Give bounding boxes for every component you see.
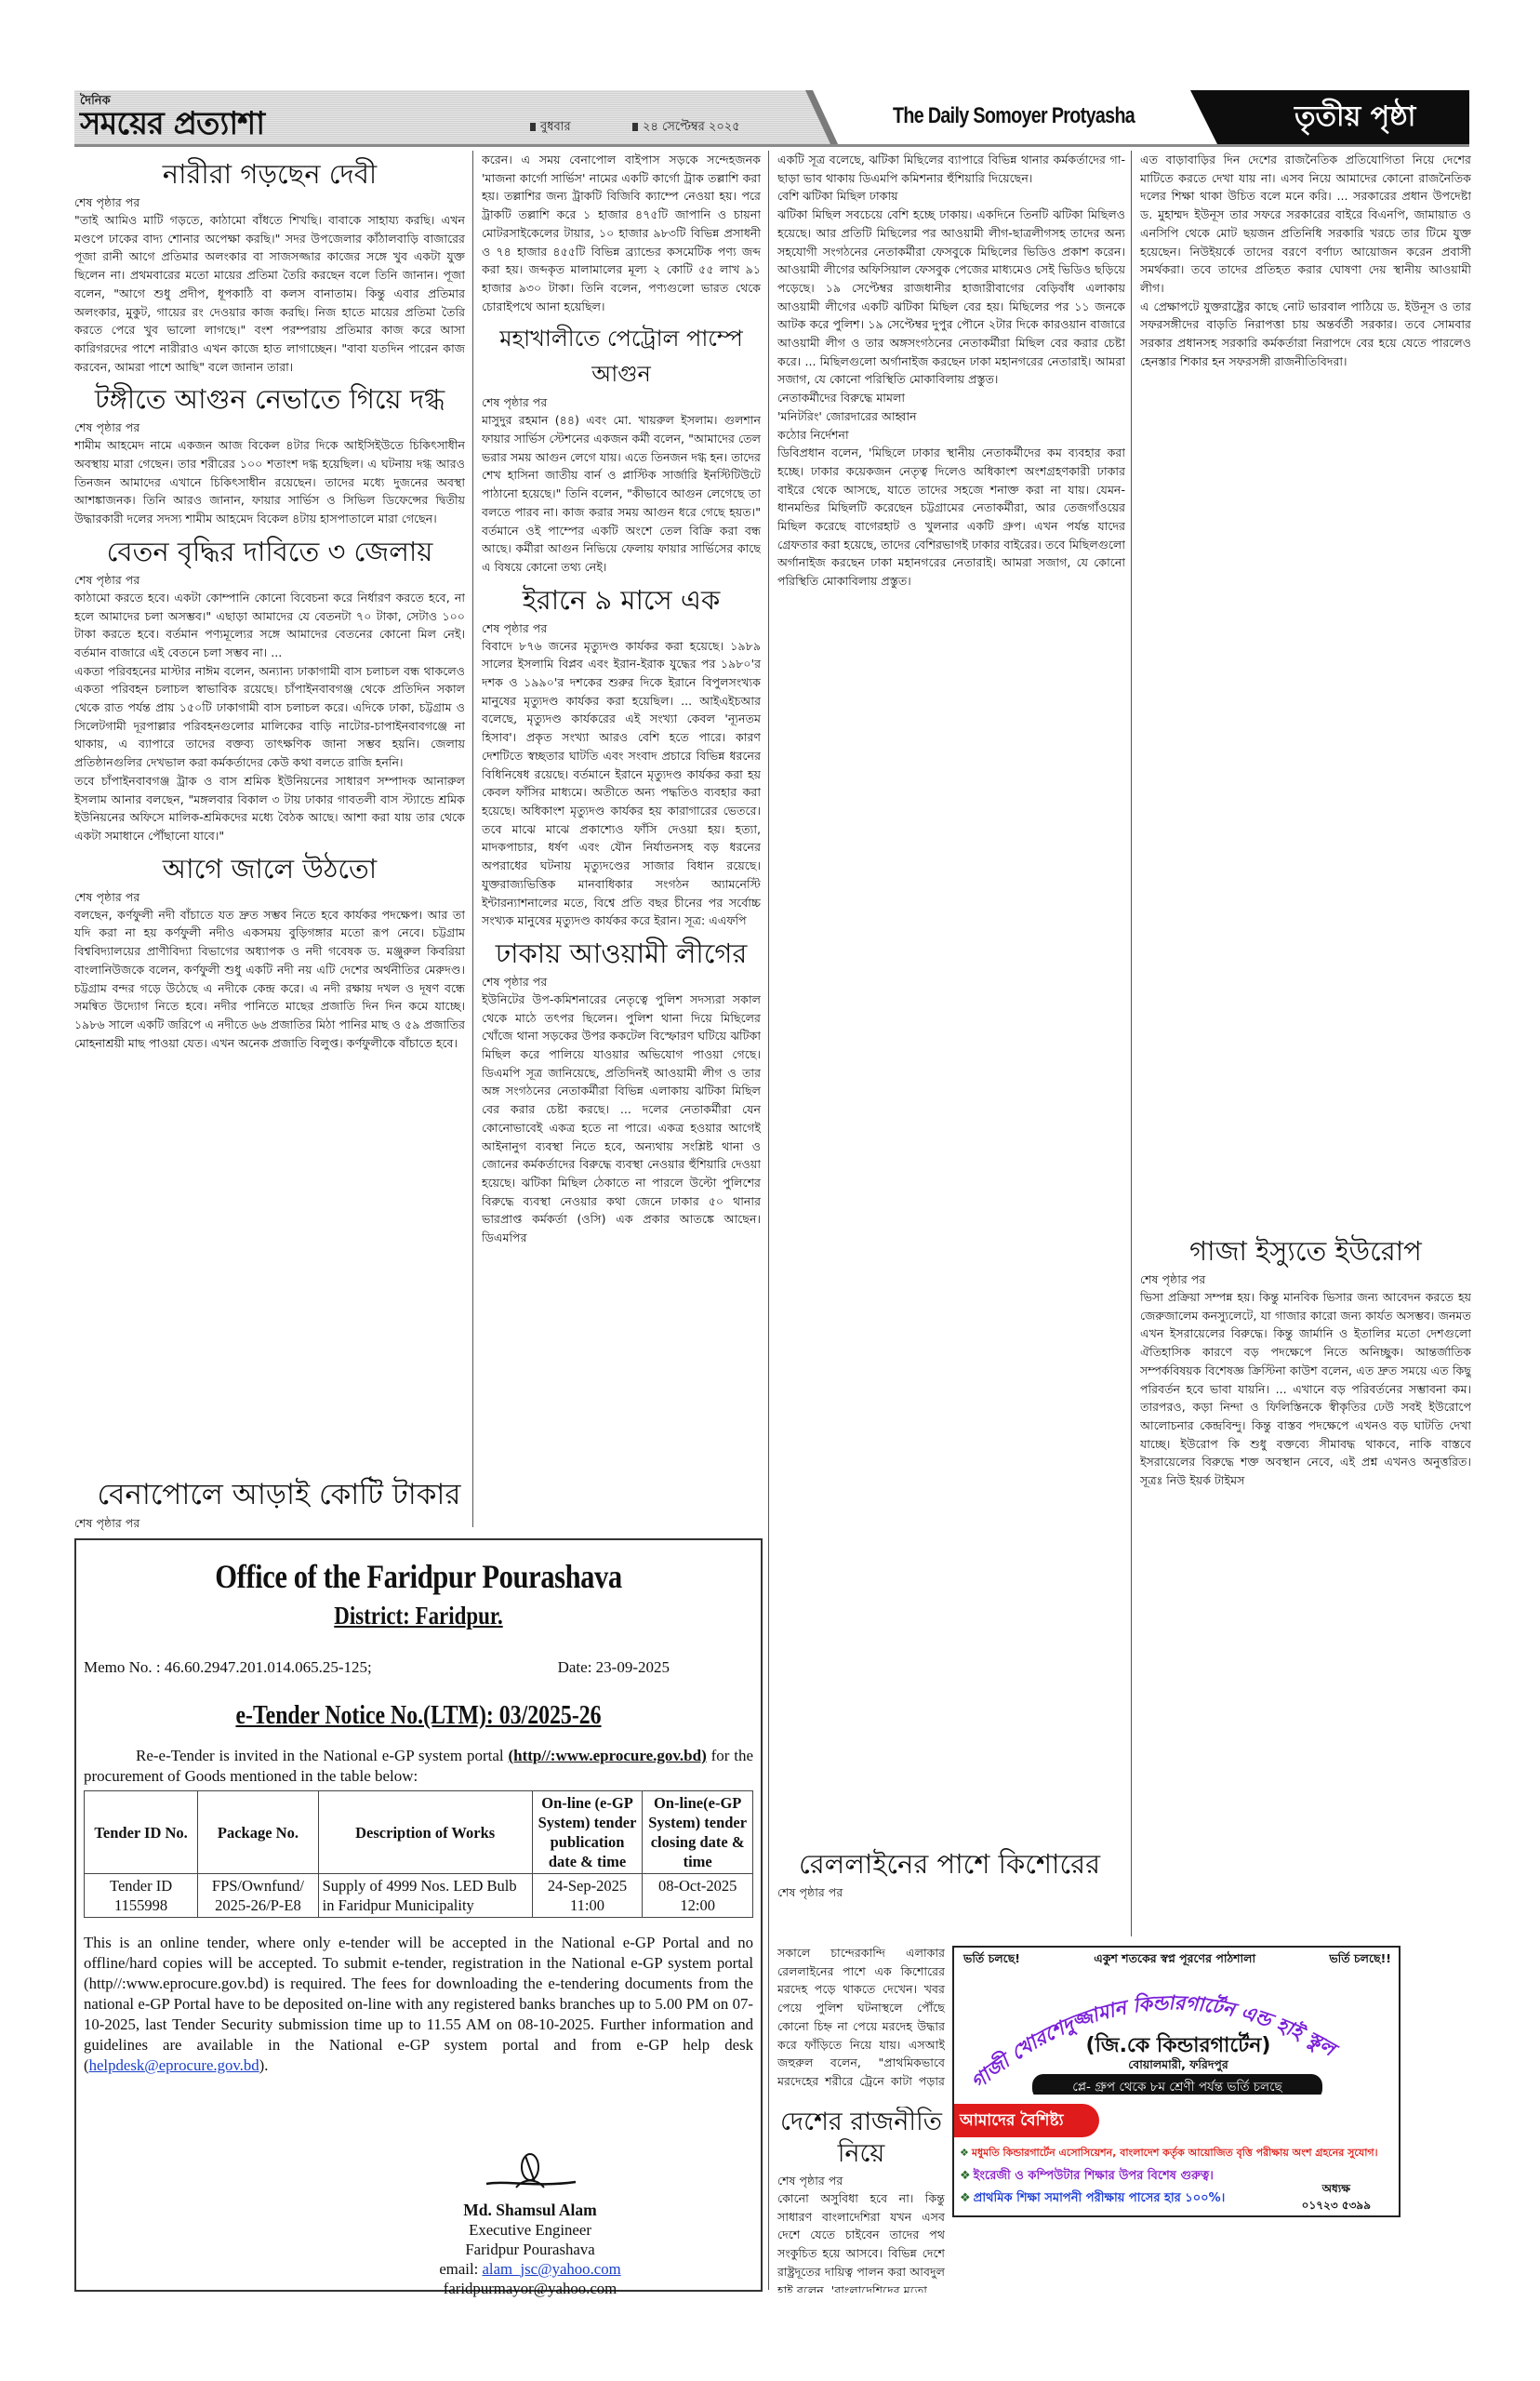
rajniti-block: দেশের রাজনীতি নিয়ে শেষ পৃষ্ঠার পর কোনো … [777,2107,945,2293]
continued-label: শেষ পৃষ্ঠার পর [74,193,465,211]
ad-principal-contact: অধ্যক্ষ ০১৭২৩ ৫৩৯৯ [1302,2180,1371,2214]
article-body-rajniti: কোনো অসুবিধা হবে না। কিন্তু সাধারণ বাংলা… [777,2189,945,2293]
continued-label: শেষ পৃষ্ঠার পর [482,393,761,411]
headline-awami: ঢাকায় আওয়ামী লীগের [482,936,761,971]
subhead-case: নেতাকর্মীদের বিরুদ্ধে মামলা [777,389,1125,407]
column-divider [768,151,769,2290]
subhead-monitoring: 'মনিটরিং' জোরদারের আহ্বান [777,407,1125,426]
headline-rail: রেললাইনের পাশে কিশোরের [777,1846,1122,1882]
ad-principal-label: অধ্যক্ষ [1302,2180,1371,2197]
table-row: Tender ID 1155998 FPS/Ownfund/ 2025-26/P… [85,1874,753,1918]
diamond-bullet-icon: ❖ [960,2147,969,2159]
tender-date: Date: 23-09-2025 [558,1658,670,1677]
subhead-strict-directive: কঠোর নির্দেশনা [777,426,1125,445]
tender-signature-block: Md. Shamsul Alam Executive Engineer Fari… [76,2150,761,2298]
cell-description: Supply of 4999 Nos. LED Bulb in Faridpur… [318,1874,532,1918]
rail-block-body: সকালে চান্দেরকান্দি এলাকার রেললাইনের পাশ… [777,1944,945,2093]
paper-name-logo: সময়ের প্রত্যাশা [80,105,264,142]
continued-label: শেষ পৃষ্ঠার পর [74,419,465,436]
tender-notice-title: e-Tender Notice No.(LTM): 03/2025-26 [134,1701,703,1731]
headline-gaza: গাজা ইস্যুতে ইউরোপ [1140,1233,1471,1269]
cell-tender-id: Tender ID 1155998 [85,1874,198,1918]
cell-package-no: FPS/Ownfund/ 2025-26/P-E8 [198,1874,318,1918]
headline-tongi: টঙ্গীতে আগুন নেভাতে গিয়ে দগ্ধ [74,381,465,417]
tender-table-header: Tender ID No. Package No. Description of… [85,1791,753,1874]
headline-beton: বেতন বৃদ্ধির দাবিতে ৩ জেলায় [74,534,465,569]
ad-phone: ০১৭২৩ ৫৩৯৯ [1302,2197,1371,2214]
bullet-square-icon [530,123,536,131]
article-body-rail: সকালে চান্দেরকান্দি এলাকার রেললাইনের পাশ… [777,1944,945,2093]
continued-label: শেষ পৃষ্ঠার পর [74,571,465,589]
signatory-email-2: faridpurmayor@yahoo.com [299,2279,761,2298]
col-description: Description of Works [318,1791,532,1874]
eprocure-link[interactable]: (http//:www.eprocure.gov.bd) [508,1747,706,1764]
ad-feature-item: ❖প্রাথমিক শিক্ষা সমাপনী পরীক্ষায় পাসের … [960,2189,1225,2209]
article-body-gaza: ভিসা প্রক্রিয়া সম্পন্ন হয়। কিন্তু মানব… [1140,1288,1471,1490]
tender-table: Tender ID No. Package No. Description of… [84,1790,753,1918]
subhead-jhotika-dhaka: বেশি ঝটিকা মিছিল ঢাকায় [777,187,1125,206]
tender-body: This is an online tender, where only e-t… [84,1933,753,2076]
headline-benapole: বেনাপোলে আড়াই কোটি টাকার [74,1477,484,1512]
col-package-no: Package No. [198,1791,318,1874]
tender-intro: Re-e-Tender is invited in the National e… [84,1746,753,1787]
column-divider [1131,151,1132,1936]
article-body-benapole-cont: করেন। এ সময় বেনাপোল বাইপাস সড়কে সন্দেহ… [482,151,761,315]
article-body-awami: ইউনিটের উপ-কমিশনারের নেতৃত্বে পুলিশ সদস্… [482,991,761,1247]
article-body-tongi: শামীম আহমেদ নামে একজন আজ বিকেল ৪টার দিকে… [74,436,465,528]
gaza-block: গাজা ইস্যুতে ইউরোপ শেষ পৃষ্ঠার পর ভিসা প… [1140,1228,1471,1935]
headline-rajniti: দেশের রাজনীতি নিয়ে [777,2107,945,2170]
tender-office-title: Office of the Faridpur Pourashava [134,1557,703,1596]
tender-memo-row: Memo No. : 46.60.2947.201.014.065.25-125… [84,1658,753,1677]
tender-memo-no: Memo No. : 46.60.2947.201.014.065.25-125… [84,1658,372,1677]
continued-label: শেষ পৃষ্ঠার পর [74,888,465,906]
continued-label: শেষ পৃষ্ঠার পর [777,1883,1122,1901]
ad-location: বোয়ালমারী, ফরিদপুর [954,2057,1401,2076]
column-right: এত বাড়াবাড়ির দিন দেশের রাজনৈতিক প্রতিয… [1140,151,1471,1225]
continued-label: শেষ পৃষ্ঠার পর [777,2172,945,2189]
diamond-bullet-icon: ❖ [960,2169,971,2183]
signatory-title: Executive Engineer [299,2220,761,2240]
continued-label: শেষ পৃষ্ঠার পর [1140,1270,1471,1288]
helpdesk-email-link[interactable]: helpdesk@eprocure.gov.bd [89,2056,259,2074]
column-middle-left: করেন। এ সময় বেনাপোল বাইপাস সড়কে সন্দেহ… [482,151,761,1527]
article-body-mohakhali: মাসুদুর রহমান (৪৪) এবং মো. খায়রুল ইসলাম… [482,411,761,576]
ad-feature-item: ❖ইংরেজী ও কম্পিউটার শিক্ষার উপর বিশেষ গু… [960,2167,1214,2187]
issue-date: ২৪ সেপ্টেম্বর ২০২৫ [632,118,740,138]
diamond-bullet-icon: ❖ [960,2191,971,2205]
article-body-politics: এত বাড়াবাড়ির দিন দেশের রাজনৈতিক প্রতিয… [1140,151,1471,370]
signatory-org: Faridpur Pourashava [299,2240,761,2259]
col-closing-date: On-line(e-GP System) tender closing date… [643,1791,753,1874]
signature-icon [479,2150,581,2195]
page-label: তৃতীয় পৃষ্ঠা [1190,90,1469,146]
headline-iran: ইরানে ৯ মাসে এক [482,582,761,618]
kindergarten-ad: ভর্তি চলছে! একুশ শতকের স্বপ্ন পূরণের পাঠ… [952,1946,1401,2096]
masthead-rule [74,144,1469,147]
ad-features-title: আমাদের বৈশিষ্ট্য [954,2104,1099,2137]
headline-mohakhali: মহাখালীতে পেট্রোল পাম্পে আগুন [482,321,761,392]
signatory-email-link[interactable]: alam_jsc@yahoo.com [482,2260,620,2278]
ad-feature-item: ❖মধুমতি কিন্ডারগার্টেন এসোসিয়েশন, বাংলা… [960,2145,1378,2162]
article-body-jhotika: একটি সূত্র বলেছে, ঝটিকা মিছিলের ব্যাপারে… [777,151,1125,187]
tender-district: District: Faridpur. [134,1602,703,1630]
col-tender-id: Tender ID No. [85,1791,198,1874]
rail-block-top: রেললাইনের পাশে কিশোরের শেষ পৃষ্ঠার পর [777,1846,1122,1939]
headline-nari: নারীরা গড়ছেন দেবী [74,156,465,192]
weekday: বুধবার [530,118,571,138]
cell-publication-date: 24-Sep-2025 11:00 [532,1874,643,1918]
signatory-email-row: email: alam_jsc@yahoo.com [299,2259,761,2279]
article-body-iran: বিবাদে ৮৭৬ জনের মৃত্যুদণ্ড কার্যকর করা হ… [482,637,761,930]
col-publication-date: On-line (e-GP System) tender publication… [532,1791,643,1874]
kindergarten-ad-features: আমাদের বৈশিষ্ট্য ❖মধুমতি কিন্ডারগার্টেন … [952,2095,1401,2217]
continued-label: শেষ পৃষ্ঠার পর [482,973,761,991]
headline-age: আগে জালে উঠতো [74,851,465,886]
ad-classes-banner: প্লে- গ্রুপ থেকে ৮ম শ্রেণী পর্যন্ত ভর্তি… [1032,2074,1322,2096]
column-middle-right: একটি সূত্র বলেছে, ঝটিকা মিছিলের ব্যাপারে… [777,151,1125,1843]
column-divider [472,151,473,1527]
article-quote-db-chief: ডিবিপ্রধান বলেন, 'মিছিলে ঢাকার স্থানীয় … [777,444,1125,591]
column-left: নারীরা গড়ছেন দেবী শেষ পৃষ্ঠার পর "তাই আ… [74,151,465,1462]
article-body-age: বলছেন, কর্ণফুলী নদী বাঁচাতে যত দ্রুত সম্… [74,906,465,1053]
article-body-beton: কাঠামো করতে হবে। একটা কোম্পানি কোনো বিবে… [74,589,465,845]
cell-closing-date: 08-Oct-2025 12:00 [643,1874,753,1918]
signatory-name: Md. Shamsul Alam [299,2201,761,2220]
english-paper-name: The Daily Somoyer Protyasha [893,103,1135,129]
bullet-square-icon [632,123,638,131]
tender-notice: Office of the Faridpur Pourashava Distri… [74,1538,763,2292]
article-body-nari: "তাই আমিও মাটি গড়তে, কাঠামো বাঁধতে শিখছ… [74,211,465,376]
continued-label: শেষ পৃষ্ঠার পর [482,619,761,637]
article-body-jhotika-2: ঝটিকা মিছিল সবচেয়ে বেশি হচ্ছে ঢাকায়। এ… [777,206,1125,389]
masthead: দৈনিক সময়ের প্রত্যাশা বুধবার ২৪ সেপ্টেম… [74,90,1469,146]
